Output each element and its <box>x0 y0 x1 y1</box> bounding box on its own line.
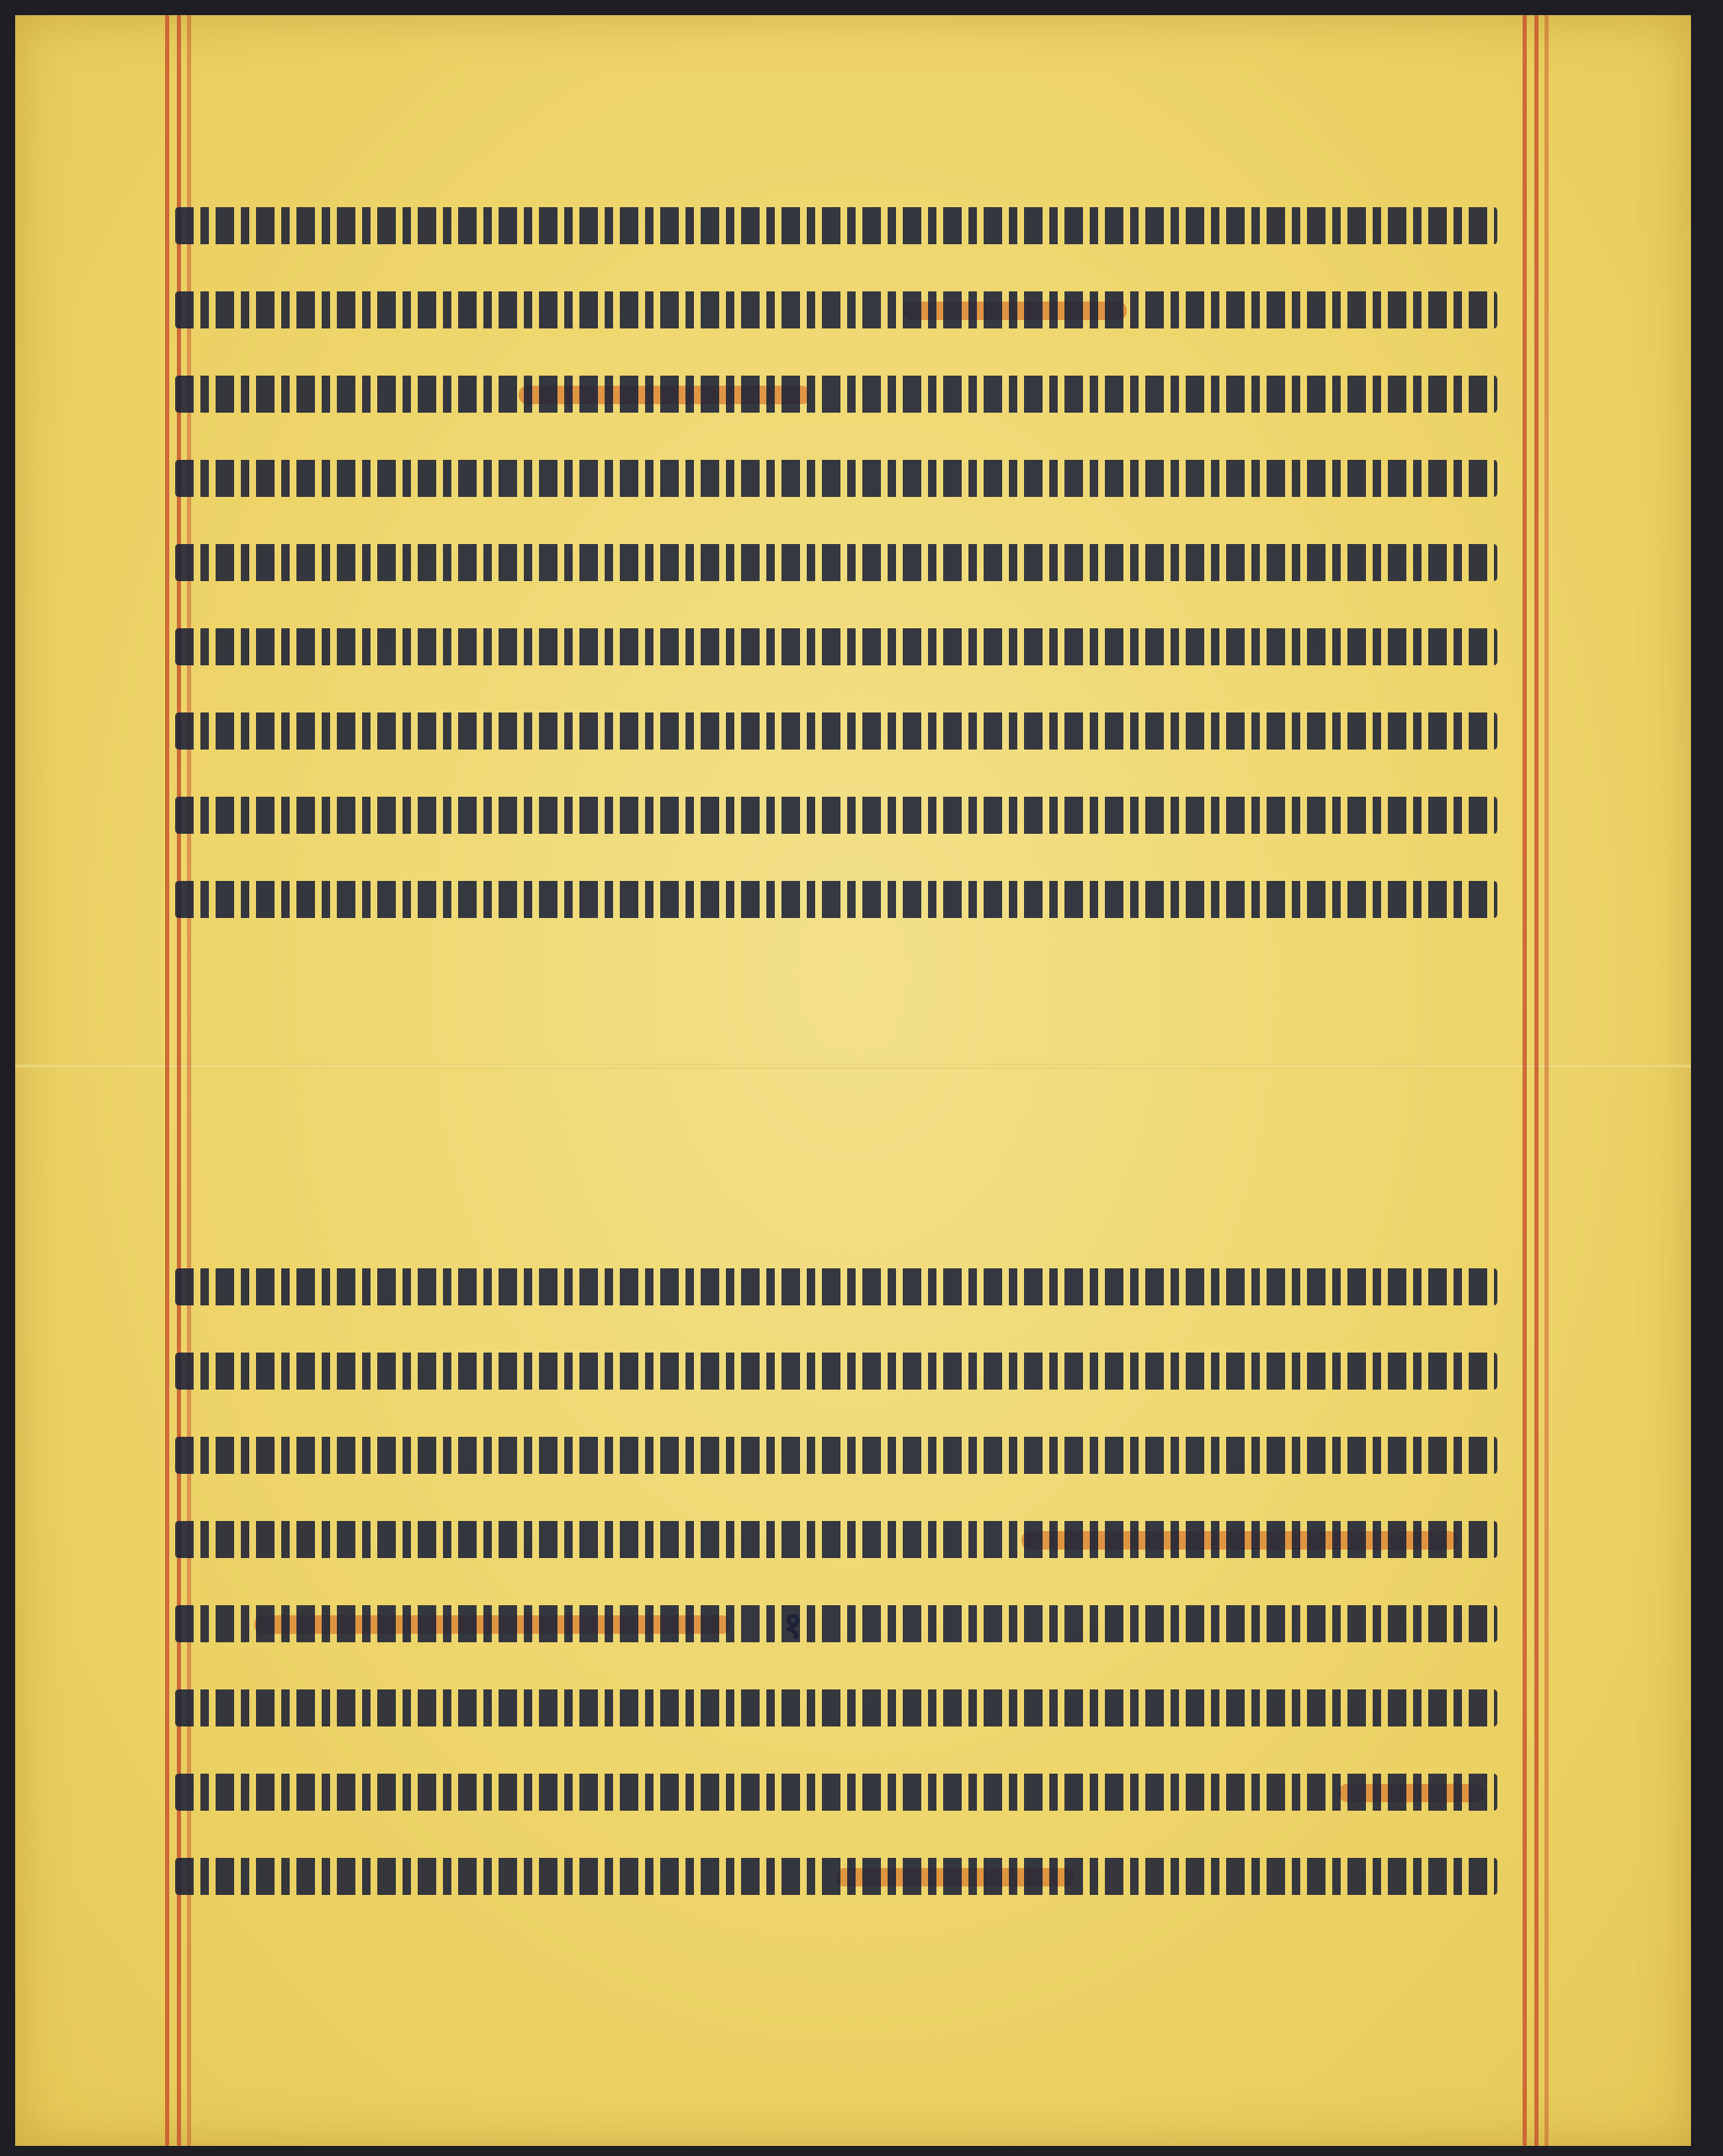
script-glyphs <box>175 1605 1497 1642</box>
left-margin-rule <box>165 15 169 2146</box>
manuscript-line <box>175 857 1497 942</box>
bottom-text-block: १ <box>175 1245 1497 1919</box>
script-glyphs <box>175 1268 1497 1305</box>
script-glyphs <box>175 1858 1497 1895</box>
page-fold <box>15 1064 1691 1069</box>
top-text-block <box>175 184 1497 942</box>
manuscript-line <box>175 773 1497 857</box>
script-glyphs <box>175 1521 1497 1558</box>
manuscript-line <box>175 689 1497 773</box>
script-glyphs <box>175 881 1497 918</box>
right-margin-rule <box>1523 15 1527 2146</box>
manuscript-page: Ranjana (Nepal Lipi) — not transcribed १ <box>15 15 1691 2146</box>
manuscript-line <box>175 1666 1497 1750</box>
manuscript-line <box>175 184 1497 268</box>
script-glyphs <box>175 291 1497 328</box>
folio-numeral: १ <box>783 1598 803 1649</box>
script-glyphs <box>175 1774 1497 1811</box>
manuscript-line <box>175 1750 1497 1834</box>
script-glyphs <box>175 797 1497 834</box>
manuscript-line <box>175 605 1497 689</box>
script-glyphs <box>175 1437 1497 1474</box>
manuscript-line: १ <box>175 1582 1497 1666</box>
script-glyphs <box>175 460 1497 497</box>
script-glyphs <box>175 376 1497 413</box>
script-glyphs <box>175 712 1497 750</box>
manuscript-line <box>175 436 1497 520</box>
script-glyphs <box>175 1689 1497 1726</box>
manuscript-line <box>175 1497 1497 1582</box>
right-margin-rule <box>1544 15 1549 2146</box>
manuscript-line <box>175 1329 1497 1413</box>
script-glyphs <box>175 628 1497 665</box>
manuscript-line <box>175 520 1497 605</box>
manuscript-line <box>175 352 1497 436</box>
script-glyphs <box>175 544 1497 581</box>
script-glyphs <box>175 1353 1497 1390</box>
manuscript-line <box>175 1245 1497 1329</box>
manuscript-line <box>175 1413 1497 1497</box>
script-glyphs <box>175 207 1497 244</box>
manuscript-line <box>175 1834 1497 1919</box>
manuscript-line <box>175 268 1497 352</box>
right-margin-rule <box>1534 15 1539 2146</box>
